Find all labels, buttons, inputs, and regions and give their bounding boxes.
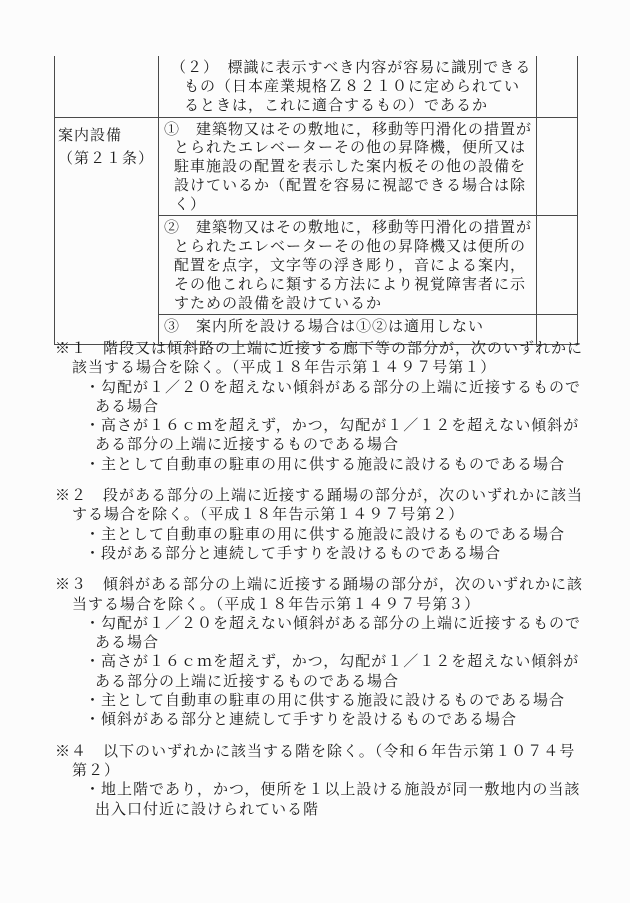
check-cell <box>537 216 578 315</box>
footnote-1-bullet: ・主として自動車の駐車の用に供する施設に設けるものである場合 <box>55 456 589 475</box>
item-circle-1-line: く） <box>159 196 536 215</box>
footnote-1-bullet: ・高さが１６ｃｍを超えず，かつ，勾配が１／１２を超えない傾斜が <box>55 417 589 436</box>
footnote-3-line: ※３ 傾斜がある部分の上端に近接する踊場の部分が，次のいずれかに該 <box>55 576 589 595</box>
item-circle-2-line: ② 建築物又はその敷地に，移動等円滑化の措置が <box>159 219 536 238</box>
footnote-2-bullet: ・段がある部分と連続して手すりを設けるものである場合 <box>55 545 589 564</box>
category-article: （第２１条） <box>58 150 156 169</box>
footnote-1-line: ※１ 階段又は傾斜路の上端に近接する廊下等の部分が，次のいずれかに <box>55 340 589 359</box>
footnote-4-bullet: ・地上階であり，かつ，便所を１以上設ける施設が同一敷地内の当該 <box>55 781 589 800</box>
footnote-2-line: ※２ 段がある部分の上端に近接する踊場の部分が，次のいずれかに該当 <box>55 487 589 506</box>
footnote-2: ※２ 段がある部分の上端に近接する踊場の部分が，次のいずれかに該当 する場合を除… <box>55 487 589 564</box>
item-circle-2-line: 配置を点字，文字等の浮き彫り，音による案内， <box>159 257 536 276</box>
footnote-4-line: 第２） <box>55 762 589 781</box>
footnote-2-line: する場合を除く。（平成１８年告示第１４９７号第２） <box>55 506 589 525</box>
footnote-1-line: ある部分の上端に近接するものである場合 <box>55 436 589 455</box>
item-circle-1-line: 駐車施設の配置を表示した案内板その他の設備を <box>159 158 536 177</box>
item-2-line: （２） 標識に表示すべき内容が容易に識別できる <box>159 59 536 78</box>
item-circle-2-line: その他これらに類する方法により視覚障害者に示 <box>159 276 536 295</box>
footnotes: ※１ 階段又は傾斜路の上端に近接する廊下等の部分が，次のいずれかに 該当する場合… <box>55 340 589 832</box>
category-cell-empty <box>55 56 159 117</box>
footnote-3-bullet: ・傾斜がある部分と連続して手すりを設けるものである場合 <box>55 711 589 730</box>
footnote-3-bullet: ・勾配が１／２０を超えない傾斜がある部分の上端に近接するもので <box>55 615 589 634</box>
checklist-table: （２） 標識に表示すべき内容が容易に識別できる もの（日本産業規格Ｚ８２１０に定… <box>54 56 578 345</box>
item-circle-1-line: 設けているか（配置を容易に視認できる場合は除 <box>159 177 536 196</box>
item-circle-2-line: とられたエレベーターその他の昇降機又は便所の <box>159 238 536 257</box>
footnote-3-bullet: ・高さが１６ｃｍを超えず，かつ，勾配が１／１２を超えない傾斜が <box>55 653 589 672</box>
item-circle-2-line: すための設備を設けているか <box>159 295 536 314</box>
footnote-2-bullet: ・主として自動車の駐車の用に供する施設に設けるものである場合 <box>55 526 589 545</box>
item-2-cell: （２） 標識に表示すべき内容が容易に識別できる もの（日本産業規格Ｚ８２１０に定… <box>159 56 537 117</box>
footnote-1-line: ある場合 <box>55 398 589 417</box>
category-cell-annai-setsubi: 案内設備 （第２１条） <box>55 117 159 344</box>
footnote-1: ※１ 階段又は傾斜路の上端に近接する廊下等の部分が，次のいずれかに 該当する場合… <box>55 340 589 475</box>
check-cell <box>537 56 578 117</box>
document-page: （２） 標識に表示すべき内容が容易に識別できる もの（日本産業規格Ｚ８２１０に定… <box>0 0 630 903</box>
footnote-3-line: ある部分の上端に近接するものである場合 <box>55 673 589 692</box>
footnote-1-line: 該当する場合を除く。（平成１８年告示第１４９７号第１） <box>55 359 589 378</box>
item-circle-1-line: とられたエレベーターその他の昇降機，便所又は <box>159 139 536 158</box>
footnote-4-line: 出入口付近に設けられている階 <box>55 801 589 820</box>
footnote-3-line: ある場合 <box>55 634 589 653</box>
table-row-guide-1: 案内設備 （第２１条） ① 建築物又はその敷地に，移動等円滑化の措置が とられた… <box>55 117 578 216</box>
footnote-4: ※４ 以下のいずれかに該当する階を除く。（令和６年告示第１０７４号 第２） ・地… <box>55 743 589 820</box>
item-2-line: るときは，これに適合するもの）であるか <box>159 97 536 116</box>
item-circle-1-line: ① 建築物又はその敷地に，移動等円滑化の措置が <box>159 121 536 140</box>
item-2-line: もの（日本産業規格Ｚ８２１０に定められてい <box>159 78 536 97</box>
footnote-3-bullet: ・主として自動車の駐車の用に供する施設に設けるものである場合 <box>55 692 589 711</box>
footnote-4-line: ※４ 以下のいずれかに該当する階を除く。（令和６年告示第１０７４号 <box>55 743 589 762</box>
check-cell <box>537 117 578 216</box>
item-circle-2-cell: ② 建築物又はその敷地に，移動等円滑化の措置が とられたエレベーターその他の昇降… <box>159 216 537 315</box>
footnote-3-line: 当する場合を除く。（平成１８年告示第１４９７号第３） <box>55 596 589 615</box>
category-title: 案内設備 <box>58 127 156 146</box>
table-row-continuation: （２） 標識に表示すべき内容が容易に識別できる もの（日本産業規格Ｚ８２１０に定… <box>55 56 578 117</box>
footnote-3: ※３ 傾斜がある部分の上端に近接する踊場の部分が，次のいずれかに該 当する場合を… <box>55 576 589 730</box>
footnote-1-bullet: ・勾配が１／２０を超えない傾斜がある部分の上端に近接するもので <box>55 379 589 398</box>
item-circle-3-line: ③ 案内所を設ける場合は①②は適用しない <box>159 318 536 337</box>
item-circle-1-cell: ① 建築物又はその敷地に，移動等円滑化の措置が とられたエレベーターその他の昇降… <box>159 117 537 216</box>
